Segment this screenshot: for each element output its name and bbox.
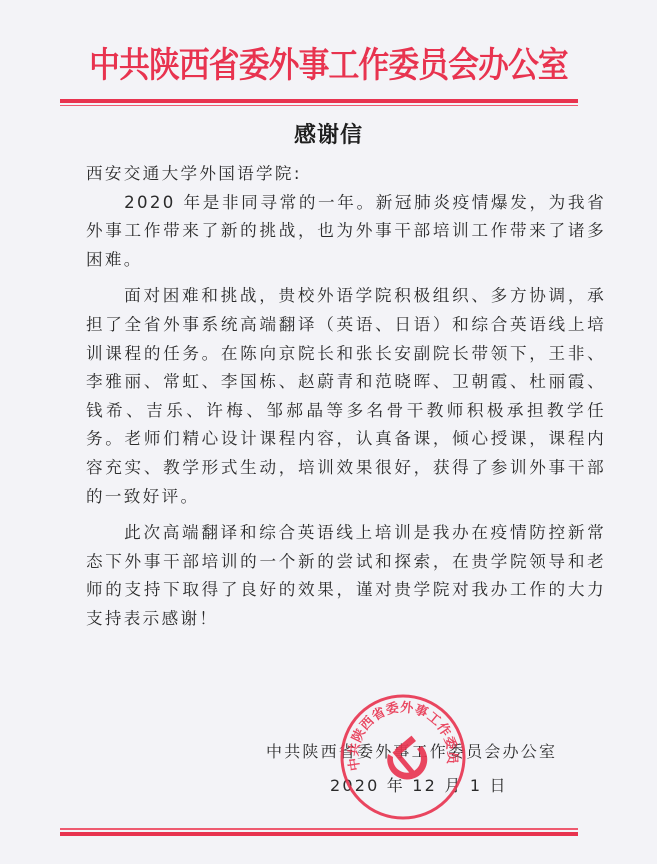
hammer-sickle-icon <box>387 736 427 780</box>
letterhead-organization: 中共陕西省委外事工作委员会办公室 <box>39 44 617 88</box>
salutation: 西安交通大学外国语学院: <box>86 160 606 189</box>
official-seal-icon: 中共陕西省委外事工作委员会办公室 <box>338 692 468 822</box>
letter-body: 西安交通大学外国语学院: 2020 年是非同寻常的一年。新冠肺炎疫情爆发，为我省… <box>86 160 606 634</box>
letterhead-divider <box>60 99 578 106</box>
paragraph-1: 2020 年是非同寻常的一年。新冠肺炎疫情爆发，为我省外事工作带来了新的挑战，也… <box>86 189 606 275</box>
paragraph-3: 此次高端翻译和综合英语线上培训是我办在疫情防控新常态下外事干部培训的一个新的尝试… <box>86 519 606 633</box>
document-title: 感谢信 <box>0 118 657 149</box>
paragraph-2: 面对困难和挑战，贵校外语学院积极组织、多方协调，承担了全省外事系统高端翻译（英语… <box>86 282 606 511</box>
footer-divider <box>60 828 578 836</box>
